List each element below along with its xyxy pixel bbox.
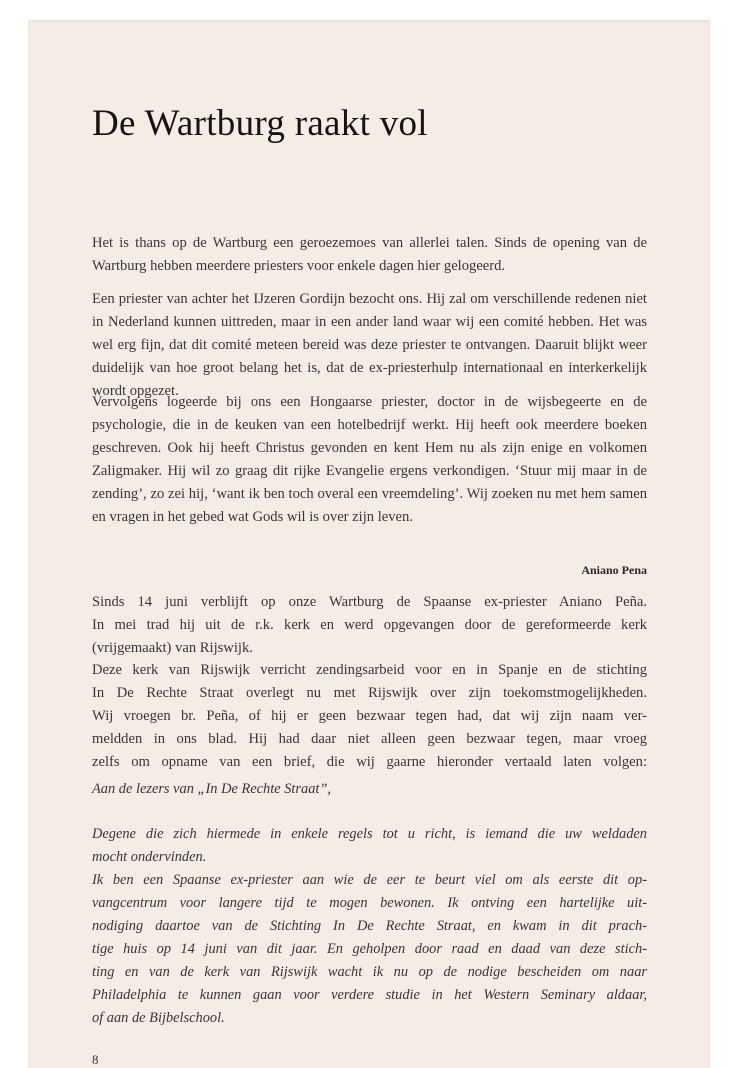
- letter-line: Degene die zich hiermede in enkele regel…: [92, 823, 647, 846]
- text-line: meldden in ons blad. Hij had daar niet a…: [92, 728, 647, 751]
- text-line: Wij vroegen br. Peña, of hij er geen bez…: [92, 705, 647, 728]
- paragraph-intro: Het is thans op de Wartburg een geroezem…: [92, 232, 647, 278]
- paragraph-iron-curtain-priest: Een priester van achter het IJzeren Gord…: [92, 288, 647, 403]
- text-line: In mei trad hij uit de r.k. kerk en werd…: [92, 614, 647, 637]
- article-title: De Wartburg raakt vol: [92, 102, 428, 145]
- letter-line: nodiging daartoe van de Stichting In De …: [92, 915, 647, 938]
- page-number: 8: [92, 1052, 99, 1068]
- magazine-page: De Wartburg raakt vol Het is thans op de…: [28, 20, 710, 1068]
- letter-line: of aan de Bijbelschool.: [92, 1007, 647, 1030]
- letter-line: ting en van de kerk van Rijswijk wacht i…: [92, 961, 647, 984]
- text-line: In De Rechte Straat overlegt nu met Rijs…: [92, 682, 647, 705]
- letter-line: vangcentrum voor langere tijd te mogen b…: [92, 892, 647, 915]
- section-heading: Aniano Pena: [581, 563, 647, 578]
- paragraph-hungarian-priest: Vervolgens logeerde bij ons een Hongaars…: [92, 391, 647, 529]
- letter-line: mocht ondervinden.: [92, 846, 647, 869]
- paragraph-aniano-pena: Sinds 14 juni verblijft op onze Wartburg…: [92, 591, 647, 773]
- text-line: (vrijgemaakt) van Rijswijk.: [92, 637, 647, 660]
- letter-body: Degene die zich hiermede in enkele regel…: [92, 823, 647, 1030]
- text-line: Sinds 14 juni verblijft op onze Wartburg…: [92, 591, 647, 614]
- text-line: zelfs om opname van een brief, die wij g…: [92, 751, 647, 774]
- background-margin: [710, 20, 738, 1068]
- letter-line: Ik ben een Spaanse ex-priester aan wie d…: [92, 869, 647, 892]
- text-line: Deze kerk van Rijswijk verricht zendings…: [92, 659, 647, 682]
- letter-salutation: Aan de lezers van „In De Rechte Straat”,: [92, 778, 647, 801]
- letter-line: Philadelphia te kunnen gaan voor verdere…: [92, 984, 647, 1007]
- letter-line: tige huis op 14 juni van dit jaar. En ge…: [92, 938, 647, 961]
